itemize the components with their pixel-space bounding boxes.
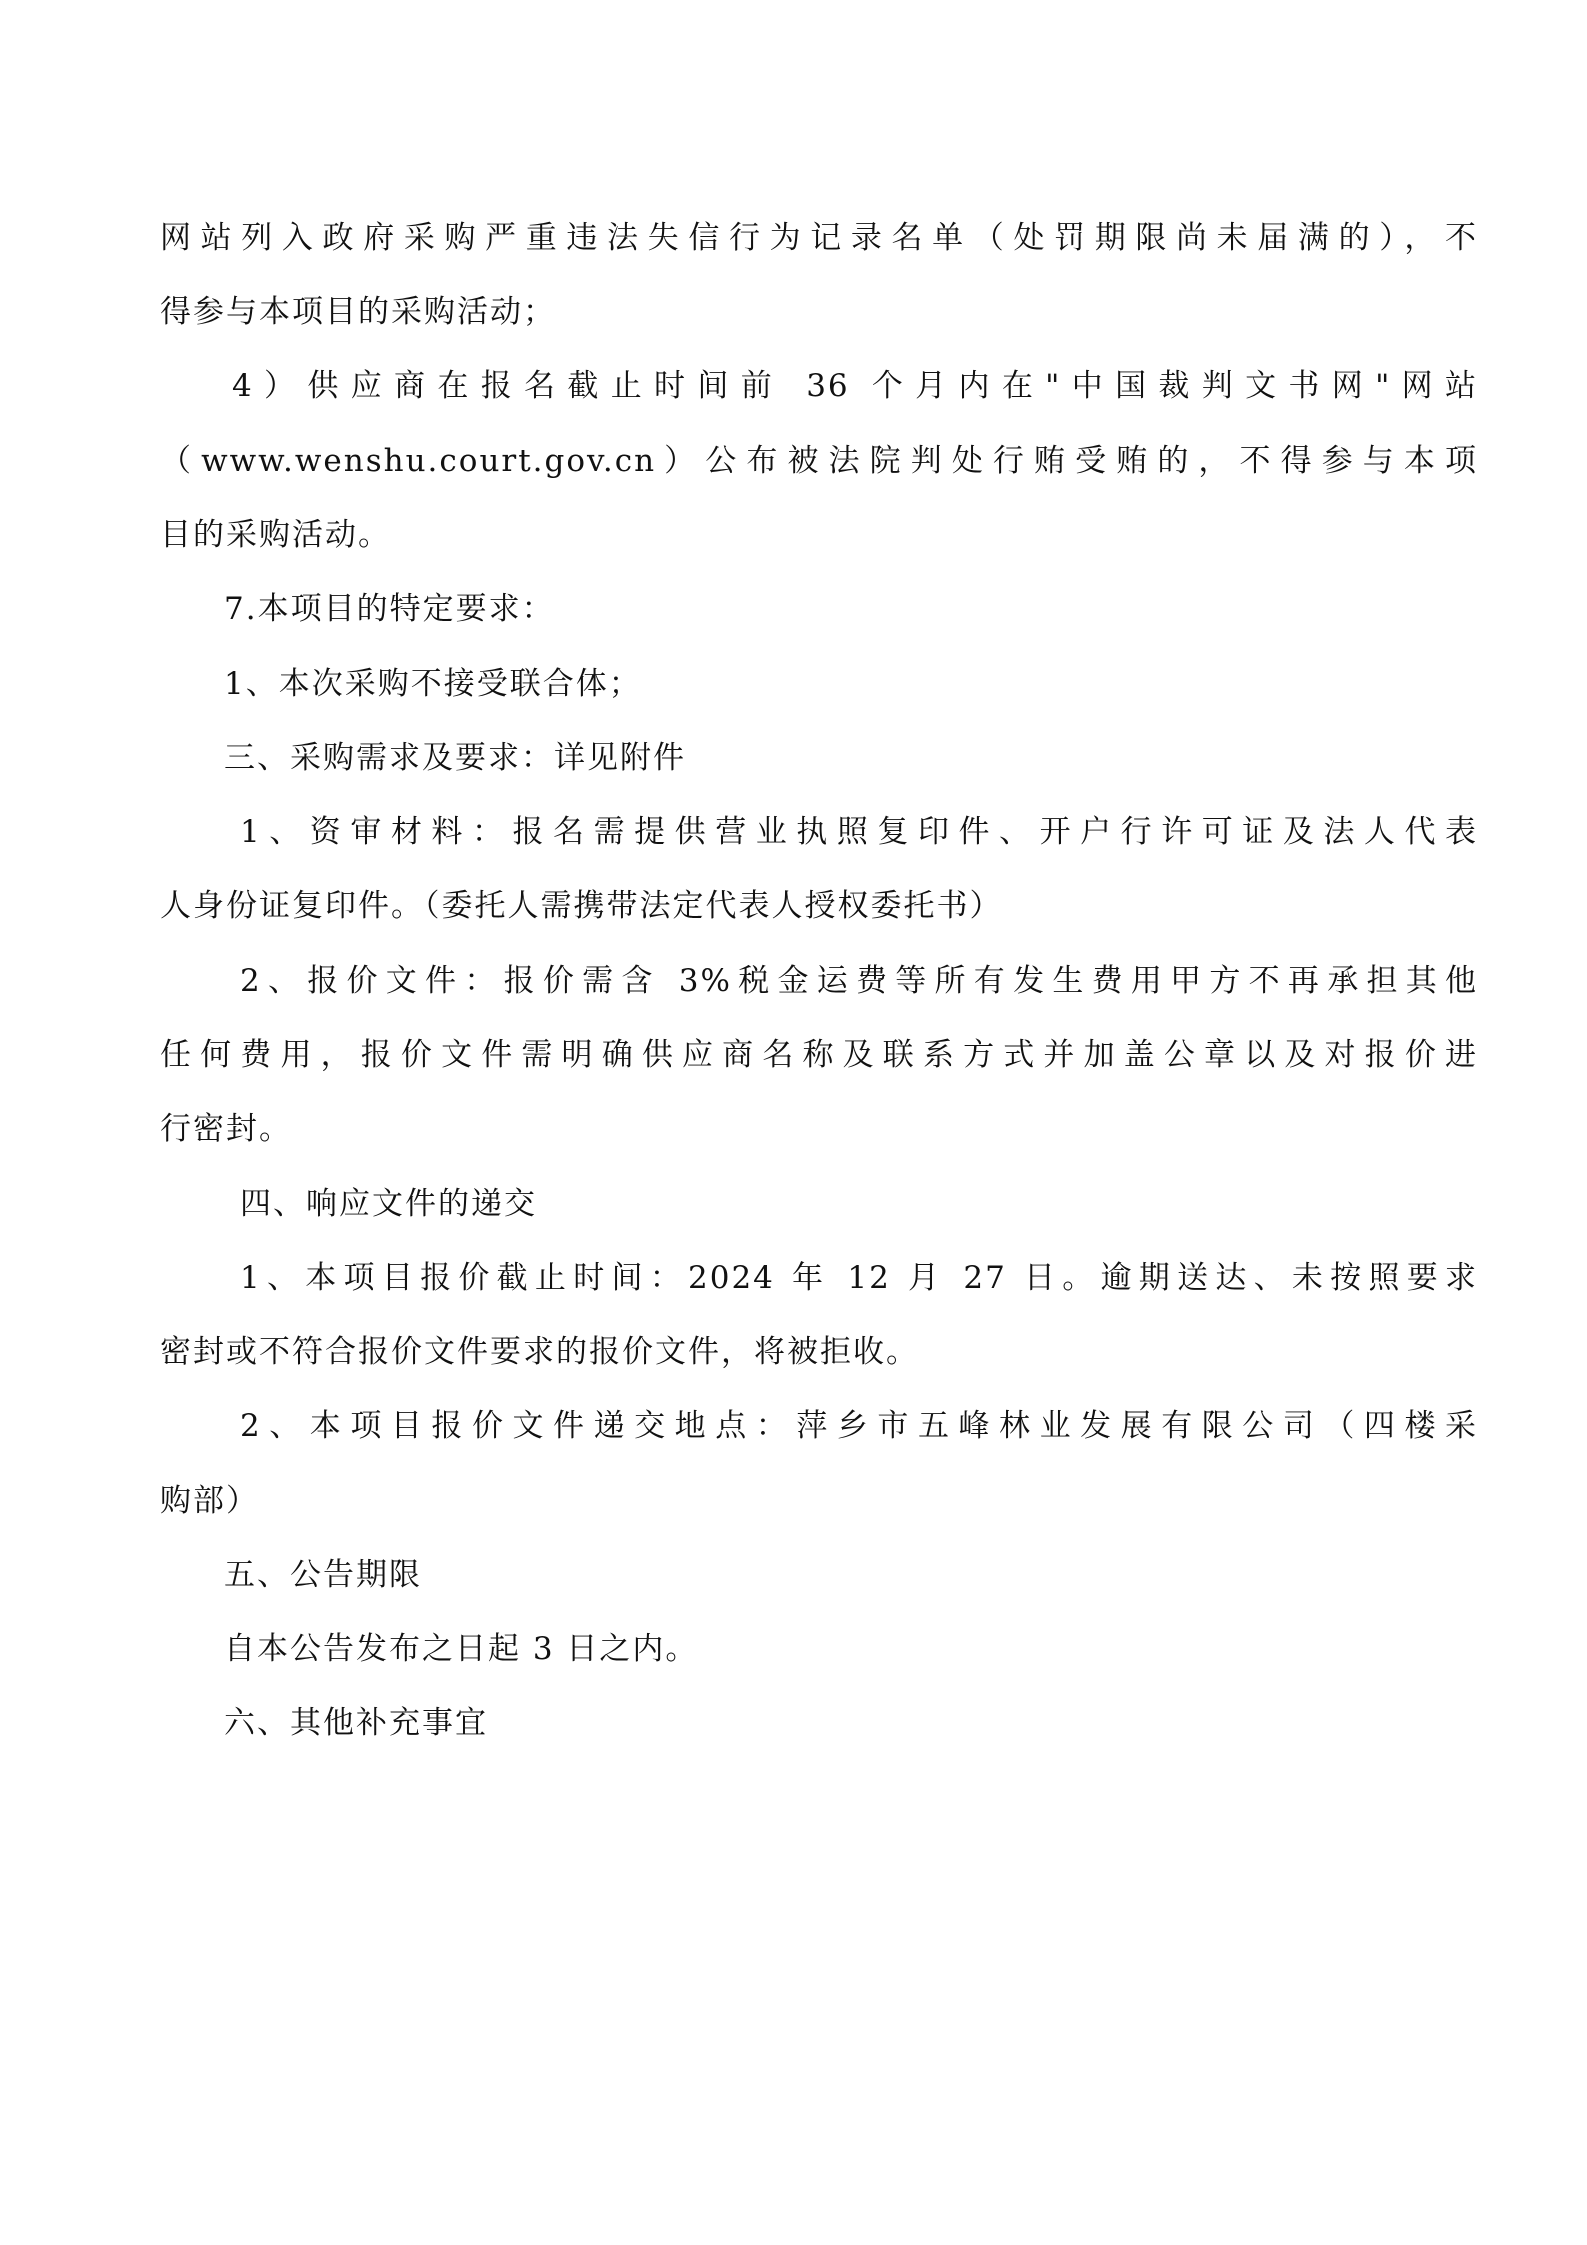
section-heading-7: 7.本项目的特定要求： — [224, 589, 555, 629]
section-heading-4: 四、响应文件的递交 — [240, 1184, 537, 1224]
paragraph-line: 得参与本项目的采购活动； — [160, 292, 556, 332]
clause-4-line: 4）供应商在报名截止时间前 36 个月内在"中国裁判文书网"网站 — [232, 366, 1478, 406]
paragraph-line: 密封或不符合报价文件要求的报价文件，将被拒收。 — [160, 1332, 919, 1372]
paragraph-line: 网站列入政府采购严重违法失信行为记录名单（处罚期限尚未届满的），不 — [160, 218, 1478, 258]
paragraph-line: 目的采购活动。 — [160, 515, 391, 555]
paragraph-line: 任何费用，报价文件需明确供应商名称及联系方式并加盖公章以及对报价进 — [160, 1035, 1478, 1075]
document-page: 网站列入政府采购严重违法失信行为记录名单（处罚期限尚未届满的），不 得参与本项目… — [0, 0, 1587, 2245]
list-item: 1、资审材料：报名需提供营业执照复印件、开户行许可证及法人代表 — [240, 812, 1478, 852]
paragraph-line: （www.wenshu.court.gov.cn）公布被法院判处行贿受贿的，不得… — [160, 441, 1478, 481]
section-heading-5: 五、公告期限 — [224, 1555, 422, 1595]
section-heading-3: 三、采购需求及要求：详见附件 — [224, 738, 686, 778]
paragraph-line: 购部） — [160, 1481, 259, 1521]
list-item: 2、报价文件：报价需含 3%税金运费等所有发生费用甲方不再承担其他 — [240, 961, 1478, 1001]
list-item: 1、本项目报价截止时间：2024 年 12 月 27 日。逾期送达、未按照要求 — [240, 1258, 1478, 1298]
list-item: 2、本项目报价文件递交地点：萍乡市五峰林业发展有限公司（四楼采 — [240, 1406, 1478, 1446]
paragraph-line: 自本公告发布之日起 3 日之内。 — [224, 1629, 698, 1669]
paragraph-line: 人身份证复印件。（委托人需携带法定代表人授权委托书） — [160, 886, 1003, 926]
section-heading-6: 六、其他补充事宜 — [224, 1703, 488, 1743]
paragraph-line: 行密封。 — [160, 1109, 292, 1149]
list-item: 1、本次采购不接受联合体； — [224, 664, 642, 704]
